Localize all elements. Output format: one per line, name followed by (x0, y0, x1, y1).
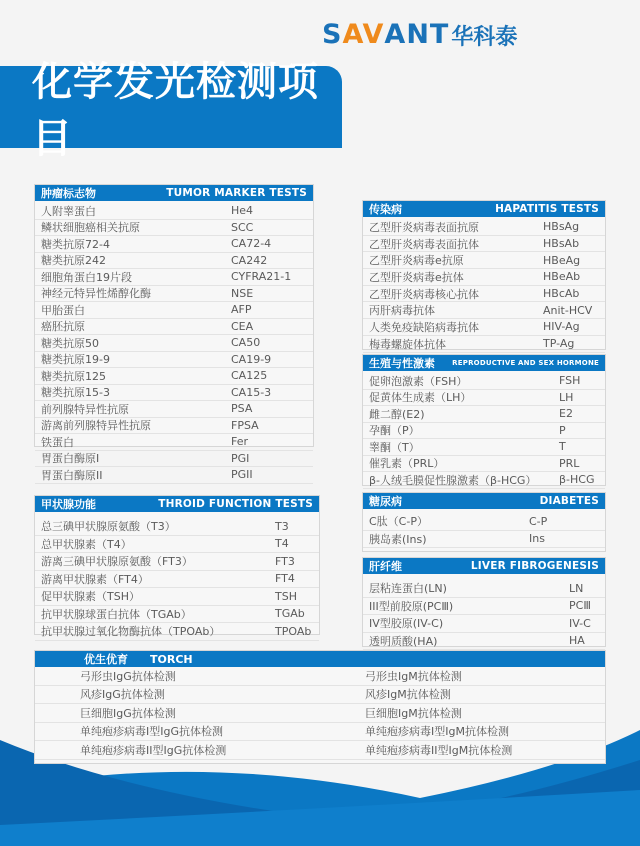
test-abbreviation: PGII (231, 468, 253, 481)
table-row: 糖类抗原19-9CA19-9 (35, 352, 313, 369)
test-abbreviation: PGI (231, 452, 249, 465)
table-row: 游离三碘甲状腺原氨酸（FT3）FT3 (35, 553, 319, 571)
test-name: 糖类抗原125 (35, 368, 106, 384)
table-row: 总甲状腺素（T4）T4 (35, 536, 319, 554)
test-name: 乙型肝炎病毒e抗体 (363, 269, 464, 285)
igg-test: 单纯疱疹病毒II型IgG抗体检测 (35, 742, 320, 758)
test-name: 胰岛素(Ins) (363, 531, 427, 547)
page-title: 化学发光检测项目 (32, 50, 342, 164)
test-abbreviation: FPSA (231, 419, 259, 432)
table-row: 促卵泡激素（FSH）FSH (363, 373, 605, 390)
section-title-cn: 肝纤维 (369, 558, 402, 574)
test-abbreviation: T4 (275, 537, 289, 550)
section-header: 肿瘤标志物 TUMOR MARKER TESTS (35, 185, 313, 201)
test-abbreviation: CA72-4 (231, 237, 271, 250)
table-row: 促甲状腺素（TSH）TSH (35, 588, 319, 606)
test-abbreviation: C-P (529, 515, 547, 528)
test-abbreviation: IV-C (569, 617, 591, 630)
test-name: 糖类抗原19-9 (35, 351, 110, 367)
test-name: 乙型肝炎病毒表面抗原 (363, 219, 479, 235)
test-name: 细胞角蛋白19片段 (35, 269, 132, 285)
test-name: 层粘连蛋白(LN) (363, 580, 447, 596)
logo-letters-ant: ANT (384, 20, 449, 50)
test-name: 鳞状细胞癌相关抗原 (35, 219, 140, 235)
test-abbreviation: TGAb (275, 607, 305, 620)
test-name: 人附睾蛋白 (35, 203, 96, 219)
section-title-cn: 优生优育 (84, 651, 128, 667)
table-row: III型前胶原(PCⅢ)PCⅢ (363, 598, 605, 616)
test-name: 糖类抗原242 (35, 252, 106, 268)
section-title-en: TORCH (150, 653, 193, 666)
section-header: 糖尿病 DIABETES (363, 493, 605, 509)
section-header: 甲状腺功能 THROID FUNCTION TESTS (35, 496, 319, 512)
section-header: 传染病 HAPATITIS TESTS (363, 201, 605, 217)
igm-test: 弓形虫IgM抗体检测 (320, 668, 462, 684)
table-row: 乙型肝炎病毒表面抗原HBsAg (363, 219, 605, 236)
thyroid-rows: 总三碘甲状腺原氨酸（T3）T3总甲状腺素（T4）T4游离三碘甲状腺原氨酸（FT3… (35, 512, 319, 641)
test-name: 雌二醇(E2) (363, 406, 425, 422)
test-abbreviation: T (559, 440, 566, 453)
table-row: 层粘连蛋白(LN)LN (363, 580, 605, 598)
test-name: 抗甲状腺球蛋白抗体（TGAb） (35, 606, 192, 622)
test-abbreviation: HBeAb (543, 270, 580, 283)
section-title-en: DIABETES (540, 495, 599, 507)
test-abbreviation: P (559, 424, 566, 437)
test-abbreviation: TP-Ag (543, 337, 574, 350)
section-title-cn: 生殖与性激素 (369, 355, 435, 371)
test-abbreviation: PSA (231, 402, 252, 415)
test-abbreviation: HBsAg (543, 220, 579, 233)
table-row: 游离前列腺特异性抗原FPSA (35, 418, 313, 435)
test-abbreviation: Anit-HCV (543, 304, 592, 317)
table-row: 风疹IgG抗体检测风疹IgM抗体检测 (35, 686, 605, 705)
table-row: β-人绒毛膜促性腺激素（β-HCG）β-HCG (363, 472, 605, 489)
table-row: 乙型肝炎病毒核心抗体HBcAb (363, 286, 605, 303)
test-abbreviation: HA (569, 634, 585, 647)
table-row: 糖类抗原72-4CA72-4 (35, 236, 313, 253)
section-reproductive-hormone: 生殖与性激素 REPRODUCTIVE AND SEX HORMONE 促卵泡激… (362, 354, 606, 486)
test-name: 人类免疫缺陷病毒抗体 (363, 319, 479, 335)
test-name: 乙型肝炎病毒e抗原 (363, 252, 464, 268)
igg-test: 弓形虫IgG抗体检测 (35, 668, 320, 684)
test-abbreviation: FT3 (275, 555, 295, 568)
test-name: 游离甲状腺素（FT4） (35, 571, 149, 587)
test-abbreviation: HIV-Ag (543, 320, 580, 333)
test-name: 糖类抗原15-3 (35, 384, 110, 400)
test-name: 游离前列腺特异性抗原 (35, 417, 151, 433)
test-name: 铁蛋白 (35, 434, 74, 450)
logo-chinese: 华科泰 (451, 20, 517, 51)
table-row: 梅毒螺旋体抗体TP-Ag (363, 336, 605, 353)
test-name: 促卵泡激素（FSH） (363, 373, 467, 389)
test-abbreviation: CEA (231, 320, 253, 333)
test-name: 癌胚抗原 (35, 318, 85, 334)
table-row: 糖类抗原15-3CA15-3 (35, 385, 313, 402)
section-hepatitis: 传染病 HAPATITIS TESTS 乙型肝炎病毒表面抗原HBsAg乙型肝炎病… (362, 200, 606, 350)
tumor-rows: 人附睾蛋白He4鳞状细胞癌相关抗原SCC糖类抗原72-4CA72-4糖类抗原24… (35, 201, 313, 484)
section-title-en: THROID FUNCTION TESTS (158, 498, 313, 510)
test-name: 催乳素（PRL） (363, 455, 444, 471)
test-name: 促黄体生成素（LH） (363, 389, 471, 405)
hormone-rows: 促卵泡激素（FSH）FSH促黄体生成素（LH）LH雌二醇(E2)E2孕酮（P）P… (363, 371, 605, 489)
test-name: 胃蛋白酶原I (35, 450, 99, 466)
igm-test: 风疹IgM抗体检测 (320, 686, 451, 702)
section-title-en: LIVER FIBROGENESIS (471, 560, 599, 572)
test-abbreviation: HBcAb (543, 287, 579, 300)
savant-logo: S AV ANT 华科泰 (322, 20, 517, 50)
logo-letters-av: AV (342, 20, 384, 50)
table-row: 乙型肝炎病毒e抗体HBeAb (363, 269, 605, 286)
test-abbreviation: CA50 (231, 336, 260, 349)
table-row: 雌二醇(E2)E2 (363, 406, 605, 423)
test-abbreviation: E2 (559, 407, 573, 420)
test-abbreviation: TSH (275, 590, 297, 603)
test-name: β-人绒毛膜促性腺激素（β-HCG） (363, 472, 536, 488)
liver-rows: 层粘连蛋白(LN)LNIII型前胶原(PCⅢ)PCⅢIV型胶原(IV-C)IV-… (363, 574, 605, 650)
table-row: 孕酮（P）P (363, 423, 605, 440)
igm-test: 单纯疱疹病毒II型IgM抗体检测 (320, 742, 512, 758)
section-diabetes: 糖尿病 DIABETES C肽（C-P）C-P胰岛素(Ins)Ins (362, 492, 606, 552)
test-name: 丙肝病毒抗体 (363, 302, 435, 318)
table-row: 单纯疱疹病毒II型IgG抗体检测单纯疱疹病毒II型IgM抗体检测 (35, 741, 605, 760)
test-abbreviation: T3 (275, 520, 289, 533)
section-tumor-markers: 肿瘤标志物 TUMOR MARKER TESTS 人附睾蛋白He4鳞状细胞癌相关… (34, 184, 314, 447)
test-abbreviation: CA19-9 (231, 353, 271, 366)
test-name: IV型胶原(IV-C) (363, 615, 443, 631)
test-abbreviation: He4 (231, 204, 253, 217)
section-title-cn: 甲状腺功能 (41, 496, 96, 512)
test-name: 前列腺特异性抗原 (35, 401, 129, 417)
test-abbreviation: PCⅢ (569, 599, 591, 612)
test-abbreviation: CA125 (231, 369, 267, 382)
section-title-en: REPRODUCTIVE AND SEX HORMONE (452, 359, 599, 367)
section-header: 肝纤维 LIVER FIBROGENESIS (363, 558, 605, 574)
table-row: 铁蛋白Fer (35, 434, 313, 451)
test-abbreviation: CA242 (231, 254, 267, 267)
test-name: 游离三碘甲状腺原氨酸（FT3） (35, 553, 193, 569)
test-name: 神经元特异性烯醇化酶 (35, 285, 151, 301)
section-title-cn: 糖尿病 (369, 493, 402, 509)
test-abbreviation: β-HCG (559, 473, 594, 486)
table-row: 胃蛋白酶原IIPGII (35, 467, 313, 484)
test-name: C肽（C-P） (363, 513, 428, 529)
test-name: 抗甲状腺过氧化物酶抗体（TPOAb） (35, 623, 220, 639)
table-row: 促黄体生成素（LH）LH (363, 390, 605, 407)
test-abbreviation: FSH (559, 374, 580, 387)
test-name: 孕酮（P） (363, 422, 420, 438)
test-name: 甲胎蛋白 (35, 302, 85, 318)
diabetes-rows: C肽（C-P）C-P胰岛素(Ins)Ins (363, 509, 605, 548)
test-abbreviation: LN (569, 582, 583, 595)
logo-letter-s: S (322, 20, 342, 50)
table-row: 细胞角蛋白19片段CYFRA21-1 (35, 269, 313, 286)
section-title-cn: 传染病 (369, 201, 402, 217)
test-name: 透明质酸(HA) (363, 633, 437, 649)
table-row: 总三碘甲状腺原氨酸（T3）T3 (35, 518, 319, 536)
test-name: 糖类抗原50 (35, 335, 99, 351)
section-title-en: TUMOR MARKER TESTS (166, 187, 307, 199)
table-row: 游离甲状腺素（FT4）FT4 (35, 571, 319, 589)
table-row: 人附睾蛋白He4 (35, 203, 313, 220)
test-name: 睾酮（T） (363, 439, 420, 455)
table-row: C肽（C-P）C-P (363, 513, 605, 531)
table-row: 单纯疱疹病毒I型IgG抗体检测单纯疱疹病毒I型IgM抗体检测 (35, 723, 605, 742)
test-name: 乙型肝炎病毒核心抗体 (363, 286, 479, 302)
section-title-en: HAPATITIS TESTS (495, 203, 599, 215)
igm-test: 单纯疱疹病毒I型IgM抗体检测 (320, 723, 509, 739)
table-row: 催乳素（PRL）PRL (363, 456, 605, 473)
section-torch: 优生优育 TORCH 弓形虫IgG抗体检测弓形虫IgM抗体检测风疹IgG抗体检测… (34, 650, 606, 764)
table-row: 丙肝病毒抗体Anit-HCV (363, 302, 605, 319)
test-abbreviation: LH (559, 391, 573, 404)
test-abbreviation: TPOAb (275, 625, 311, 638)
table-row: 透明质酸(HA)HA (363, 633, 605, 651)
torch-rows: 弓形虫IgG抗体检测弓形虫IgM抗体检测风疹IgG抗体检测风疹IgM抗体检测巨细… (35, 667, 605, 760)
table-row: 乙型肝炎病毒表面抗体HBsAb (363, 236, 605, 253)
table-row: 胰岛素(Ins)Ins (363, 531, 605, 549)
test-name: 糖类抗原72-4 (35, 236, 110, 252)
section-header: 生殖与性激素 REPRODUCTIVE AND SEX HORMONE (363, 355, 605, 371)
table-row: 睾酮（T）T (363, 439, 605, 456)
table-row: 甲胎蛋白AFP (35, 302, 313, 319)
table-row: IV型胶原(IV-C)IV-C (363, 615, 605, 633)
title-banner: 化学发光检测项目 (0, 66, 342, 148)
table-row: 乙型肝炎病毒e抗原HBeAg (363, 252, 605, 269)
test-name: 促甲状腺素（TSH） (35, 588, 140, 604)
table-row: 巨细胞IgG抗体检测巨细胞IgM抗体检测 (35, 704, 605, 723)
test-abbreviation: HBsAb (543, 237, 579, 250)
table-row: 胃蛋白酶原IPGI (35, 451, 313, 468)
table-row: 抗甲状腺球蛋白抗体（TGAb）TGAb (35, 606, 319, 624)
test-abbreviation: CYFRA21-1 (231, 270, 291, 283)
test-abbreviation: HBeAg (543, 254, 580, 267)
test-abbreviation: PRL (559, 457, 579, 470)
test-name: 总三碘甲状腺原氨酸（T3） (35, 518, 176, 534)
section-header: 优生优育 TORCH (35, 651, 605, 667)
test-name: III型前胶原(PCⅢ) (363, 598, 453, 614)
table-row: 鳞状细胞癌相关抗原SCC (35, 220, 313, 237)
test-abbreviation: Fer (231, 435, 248, 448)
test-abbreviation: AFP (231, 303, 252, 316)
test-abbreviation: CA15-3 (231, 386, 271, 399)
test-name: 总甲状腺素（T4） (35, 536, 132, 552)
table-row: 糖类抗原50CA50 (35, 335, 313, 352)
igm-test: 巨细胞IgM抗体检测 (320, 705, 462, 721)
test-name: 乙型肝炎病毒表面抗体 (363, 236, 479, 252)
test-name: 梅毒螺旋体抗体 (363, 336, 446, 352)
section-thyroid: 甲状腺功能 THROID FUNCTION TESTS 总三碘甲状腺原氨酸（T3… (34, 495, 320, 635)
section-title-cn: 肿瘤标志物 (41, 185, 96, 201)
test-abbreviation: NSE (231, 287, 253, 300)
table-row: 糖类抗原242CA242 (35, 253, 313, 270)
table-row: 前列腺特异性抗原PSA (35, 401, 313, 418)
table-row: 糖类抗原125CA125 (35, 368, 313, 385)
test-abbreviation: FT4 (275, 572, 295, 585)
section-liver-fibrogenesis: 肝纤维 LIVER FIBROGENESIS 层粘连蛋白(LN)LNIII型前胶… (362, 557, 606, 647)
table-row: 弓形虫IgG抗体检测弓形虫IgM抗体检测 (35, 667, 605, 686)
test-name: 胃蛋白酶原II (35, 467, 103, 483)
table-row: 抗甲状腺过氧化物酶抗体（TPOAb）TPOAb (35, 623, 319, 641)
igg-test: 风疹IgG抗体检测 (35, 686, 320, 702)
table-row: 癌胚抗原CEA (35, 319, 313, 336)
hepatitis-rows: 乙型肝炎病毒表面抗原HBsAg乙型肝炎病毒表面抗体HBsAb乙型肝炎病毒e抗原H… (363, 217, 605, 353)
test-abbreviation: SCC (231, 221, 253, 234)
igg-test: 巨细胞IgG抗体检测 (35, 705, 320, 721)
table-row: 神经元特异性烯醇化酶NSE (35, 286, 313, 303)
table-row: 人类免疫缺陷病毒抗体HIV-Ag (363, 319, 605, 336)
test-abbreviation: Ins (529, 532, 545, 545)
igg-test: 单纯疱疹病毒I型IgG抗体检测 (35, 723, 320, 739)
